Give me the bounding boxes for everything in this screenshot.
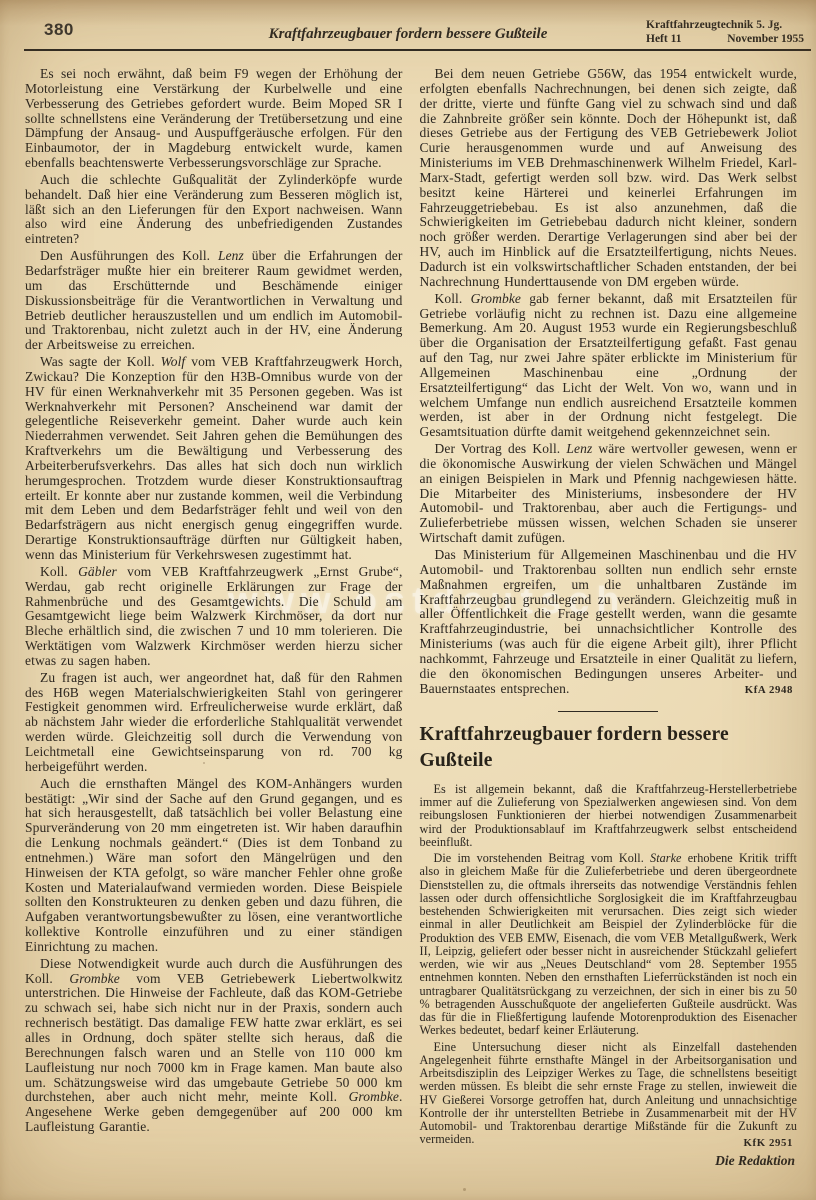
paragraph: Auch die ernsthaften Mängel des KOM-Anhä… xyxy=(25,777,403,955)
person-name-italic: Gäbler xyxy=(78,564,117,579)
paragraph: Koll. Grombke gab ferner bekannt, daß mi… xyxy=(420,292,798,440)
journal-name: Kraftfahrzeugtechnik 5. Jg. xyxy=(646,19,804,33)
paragraph: Den Ausführungen des Koll. Lenz über die… xyxy=(25,249,403,353)
paragraph: Es sei noch erwähnt, daß beim F9 wegen d… xyxy=(25,67,403,171)
person-name-italic: Starke xyxy=(650,851,681,865)
article1-left-text: Es sei noch erwähnt, daß beim F9 wegen d… xyxy=(25,67,403,1135)
right-column: Bei dem neuen Getriebe G56W, das 1954 en… xyxy=(420,67,798,1169)
left-column: Es sei noch erwähnt, daß beim F9 wegen d… xyxy=(25,67,403,1169)
header-rule xyxy=(24,49,811,51)
paragraph: Das Ministerium für Allgemeinen Maschine… xyxy=(420,548,798,696)
article-divider xyxy=(558,711,658,712)
paragraph: Koll. Gäbler vom VEB Kraftfahrzeugwerk „… xyxy=(25,565,403,669)
paragraph: Eine Untersuchung dieser nicht als Einze… xyxy=(420,1041,798,1147)
paragraph: Der Vortrag des Koll. Lenz wäre wertvoll… xyxy=(420,442,798,546)
paragraph: Es ist allgemein bekannt, daß die Kraftf… xyxy=(420,783,798,849)
person-name-italic: Grombke xyxy=(69,971,119,986)
paragraph: Diese Notwendigkeit wurde auch durch die… xyxy=(25,957,403,1135)
person-name-italic: Lenz xyxy=(566,441,592,456)
scan-speck xyxy=(757,516,760,518)
person-name-italic: Grombke xyxy=(471,291,521,306)
article2-title: Kraftfahrzeugbauer fordern bessere Gußte… xyxy=(420,722,798,774)
scan-speck xyxy=(698,941,700,943)
person-name-italic: Wolf xyxy=(161,354,186,369)
journal-info: Kraftfahrzeugtechnik 5. Jg. Heft 11 Nove… xyxy=(646,19,804,46)
journal-date: November 1955 xyxy=(727,33,804,47)
scanned-journal-page: { "page": { "number": "380", "running_ti… xyxy=(0,0,816,1200)
scan-speck xyxy=(586,207,588,210)
paragraph: Was sagte der Koll. Wolf vom VEB Kraftfa… xyxy=(25,355,403,563)
paragraph: Zu fragen ist auch, wer angeordnet hat, … xyxy=(25,671,403,775)
paragraph: Bei dem neuen Getriebe G56W, das 1954 en… xyxy=(420,67,798,290)
scan-speck xyxy=(463,1188,466,1191)
article2-text: Es ist allgemein bekannt, daß die Kraftf… xyxy=(420,783,798,1147)
article2-archive-mark: KfK 2951 xyxy=(420,1137,798,1149)
journal-issue: Heft 11 xyxy=(646,33,681,47)
paragraph: Die im vorstehenden Beitrag vom Koll. St… xyxy=(420,852,798,1038)
journal-issue-line: Heft 11 November 1955 xyxy=(646,33,804,47)
scan-speck xyxy=(203,762,205,764)
article1-archive-mark: KfA 2948 xyxy=(420,684,798,696)
page-body: Es sei noch erwähnt, daß beim F9 wegen d… xyxy=(25,67,797,1169)
person-name-italic: Lenz xyxy=(218,248,244,263)
editorial-signature: Die Redaktion xyxy=(420,1153,798,1169)
person-name-italic: Grombke xyxy=(349,1089,399,1104)
scan-speck xyxy=(302,102,304,104)
paragraph: Auch die schlechte Gußqualität der Zylin… xyxy=(25,173,403,247)
article1-right-text: Bei dem neuen Getriebe G56W, das 1954 en… xyxy=(420,67,798,696)
